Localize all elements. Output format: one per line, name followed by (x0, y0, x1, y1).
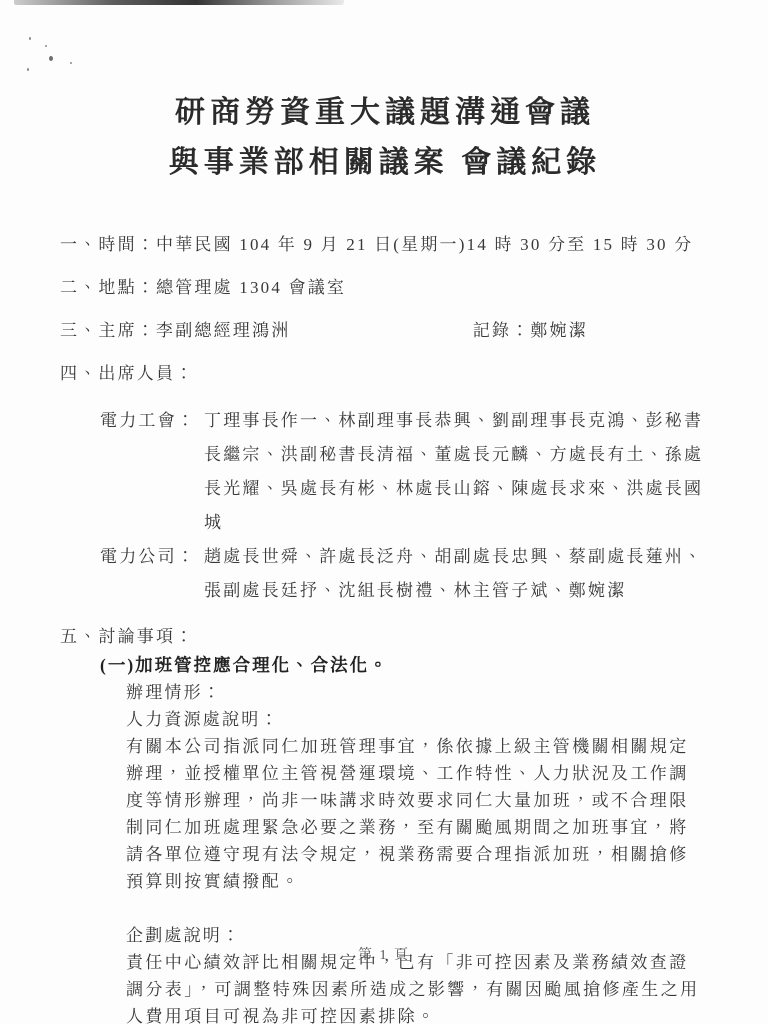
hr-paragraph-line: 度等情形辦理，尚非一味講求時效要求同仁大量加班，或不合理限 (126, 787, 712, 814)
meeting-chair-row: 三、主席：李副總經理鴻洲 記錄：鄭婉潔 (60, 318, 710, 344)
scan-speck (29, 37, 31, 40)
union-line: 長繼宗、洪副秘書長清福、董處長元麟、方處長有土、孫處 (204, 438, 710, 472)
planning-paragraph-line: 人費用項目可視為非可控因素排除。 (126, 1003, 712, 1024)
meeting-chair: 三、主席：李副總經理鴻洲 (60, 318, 290, 344)
scan-speck (45, 45, 47, 47)
union-line: 城 (204, 506, 710, 540)
scan-speck (70, 62, 72, 64)
union-line: 長光耀、吳處長有彬、林處長山鎔、陳處長求來、洪處長國 (204, 472, 710, 506)
topic-1-title: (一)加班管控應合理化、合法化。 (100, 652, 710, 679)
scan-speck (49, 56, 53, 61)
hr-dept-label: 人力資源處說明： (126, 706, 710, 733)
company-attendee-lines: 趙處長世舜、許處長泛舟、胡副處長忠興、蔡副處長蓮州、 張副處長廷抒、沈組長樹禮、… (204, 540, 710, 608)
document-content: 研商勞資重大議題溝通會議 與事業部相關議案 會議紀錄 一、時間：中華民國 104… (0, 0, 768, 1024)
company-label: 電力公司： (100, 540, 204, 608)
scan-edge-smudge (14, 0, 344, 5)
union-line: 丁理事長作一、林副理事長恭興、劉副理事長克鴻、彭秘書 (204, 404, 710, 438)
scanned-document-page: 研商勞資重大議題溝通會議 與事業部相關議案 會議紀錄 一、時間：中華民國 104… (0, 0, 768, 1024)
company-attendees-group: 電力公司： 趙處長世舜、許處長泛舟、胡副處長忠興、蔡副處長蓮州、 張副處長廷抒、… (100, 540, 710, 608)
meeting-recorder: 記錄：鄭婉潔 (473, 318, 588, 344)
union-attendees-group: 電力工會： 丁理事長作一、林副理事長恭興、劉副理事長克鴻、彭秘書 長繼宗、洪副秘… (100, 404, 710, 540)
attendees-heading: 四、出席人員： (60, 361, 710, 387)
hr-paragraph-line: 請各單位遵守現有法令規定，視業務需要合理指派加班，相關搶修 (126, 841, 712, 868)
hr-paragraph-line: 辦理，並授權單位主管視營運環境、工作特性、人力狀況及工作調 (126, 760, 712, 787)
meeting-time: 一、時間：中華民國 104 年 9 月 21 日(星期一)14 時 30 分至 … (60, 232, 710, 258)
company-line: 張副處長廷抒、沈組長樹禮、林主管子斌、鄭婉潔 (204, 574, 710, 608)
hr-paragraph-line: 制同仁加班處理緊急必要之業務，至有關颱風期間之加班事宜，將 (126, 814, 712, 841)
company-line: 趙處長世舜、許處長泛舟、胡副處長忠興、蔡副處長蓮州、 (204, 540, 710, 574)
document-title-line-2: 與事業部相關議案 會議紀錄 (60, 138, 710, 188)
paragraph-gap (60, 895, 710, 922)
discussion-heading: 五、討論事項： (60, 624, 710, 650)
union-label: 電力工會： (100, 404, 204, 540)
hr-paragraph-line: 預算則按實績撥配。 (126, 868, 712, 895)
meeting-place: 二、地點：總管理處 1304 會議室 (60, 275, 710, 301)
hr-dept-paragraph: 有關本公司指派同仁加班管理事宜，係依據上級主管機關相關規定 辦理，並授權單位主管… (126, 733, 712, 895)
planning-paragraph-line: 調分表」，可調整特殊因素所造成之影響，有關因颱風搶修產生之用 (126, 976, 712, 1003)
union-attendee-lines: 丁理事長作一、林副理事長恭興、劉副理事長克鴻、彭秘書 長繼宗、洪副秘書長清福、董… (204, 404, 710, 540)
document-title-line-1: 研商勞資重大議題溝通會議 (60, 0, 710, 138)
page-number: 第 1 頁 (0, 944, 768, 964)
status-label: 辦理情形： (126, 679, 710, 706)
meeting-meta: 一、時間：中華民國 104 年 9 月 21 日(星期一)14 時 30 分至 … (60, 232, 710, 387)
hr-paragraph-line: 有關本公司指派同仁加班管理事宜，係依據上級主管機關相關規定 (126, 733, 712, 760)
scan-speck (27, 68, 29, 71)
